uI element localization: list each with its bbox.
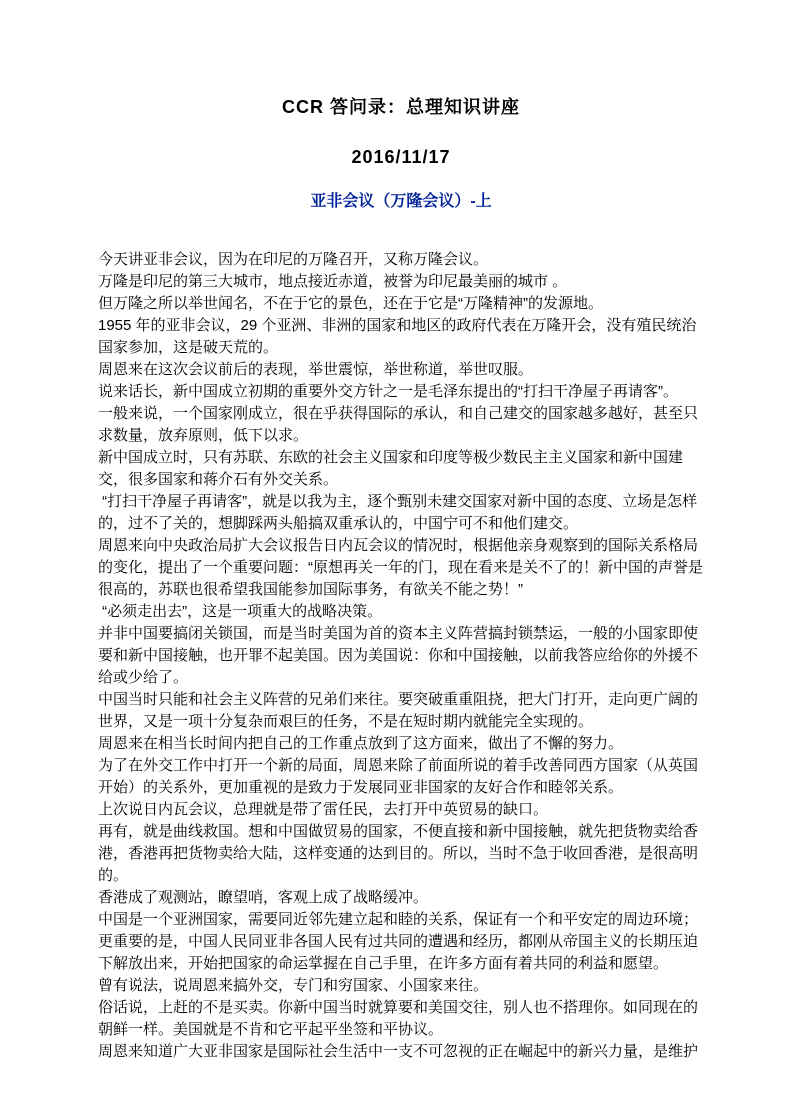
paragraph: 今天讲亚非会议，因为在印尼的万隆召开，又称万隆会议。 [98, 249, 704, 271]
paragraph: 上次说日内瓦会议，总理就是带了雷任民，去打开中英贸易的缺口。 [98, 799, 704, 821]
paragraph: 再有，就是曲线救国。想和中国做贸易的国家，不便直接和新中国接触，就先把货物卖给香… [98, 821, 704, 887]
paragraph: “必须走出去”，这是一项重大的战略决策。 [98, 601, 704, 623]
paragraph: 周恩来向中央政治局扩大会议报告日内瓦会议的情况时，根据他亲身观察到的国际关系格局… [98, 535, 704, 601]
paragraph: 一般来说，一个国家刚成立，很在乎获得国际的承认，和自己建交的国家越多越好，甚至只… [98, 403, 704, 447]
paragraph: 中国是一个亚洲国家，需要同近邻先建立起和睦的关系，保证有一个和平安定的周边环境；… [98, 909, 704, 975]
paragraph: 曾有说法，说周恩来搞外交，专门和穷国家、小国家来往。 [98, 975, 704, 997]
paragraph: 新中国成立时，只有苏联、东欧的社会主义国家和印度等极少数民主主义国家和新中国建交… [98, 447, 704, 491]
paragraph: 万隆是印尼的第三大城市，地点接近赤道，被誉为印尼最美丽的城市 。 [98, 271, 704, 293]
section-heading: 亚非会议（万隆会议）-上 [98, 193, 704, 211]
paragraph: 但万隆之所以举世闻名，不在于它的景色，还在于它是“万隆精神”的发源地。 [98, 293, 704, 315]
paragraph: 周恩来知道广大亚非国家是国际社会生活中一支不可忽视的正在崛起中的新兴力量，是维护 [98, 1041, 704, 1063]
paragraph: 香港成了观测站，瞭望哨，客观上成了战略缓冲。 [98, 887, 704, 909]
paragraph: 周恩来在这次会议前后的表现，举世震惊，举世称道，举世叹服。 [98, 359, 704, 381]
paragraph: 说来话长，新中国成立初期的重要外交方针之一是毛泽东提出的“打扫干净屋子再请客”。 [98, 381, 704, 403]
paragraph: “打扫干净屋子再请客”，就是以我为主，逐个甄别未建交国家对新中国的态度、立场是怎… [98, 491, 704, 535]
doc-date: 2016/11/17 [98, 147, 704, 167]
paragraph: 俗话说，上赶的不是买卖。你新中国当时就算要和美国交往，别人也不搭理你。如同现在的… [98, 997, 704, 1041]
document-body: 今天讲亚非会议，因为在印尼的万隆召开，又称万隆会议。万隆是印尼的第三大城市，地点… [98, 249, 704, 1063]
page-title: CCR 答问录：总理知识讲座 [98, 97, 704, 117]
paragraph: 周恩来在相当长时间内把自己的工作重点放到了这方面来，做出了不懈的努力。 [98, 733, 704, 755]
paragraph: 1955 年的亚非会议，29 个亚洲、非洲的国家和地区的政府代表在万隆开会，没有… [98, 315, 704, 359]
paragraph: 中国当时只能和社会主义阵营的兄弟们来往。要突破重重阻挠，把大门打开，走向更广阔的… [98, 689, 704, 733]
paragraph: 并非中国要搞闭关锁国，而是当时美国为首的资本主义阵营搞封锁禁运，一般的小国家即使… [98, 623, 704, 689]
document-page: CCR 答问录：总理知识讲座 2016/11/17 亚非会议（万隆会议）-上 今… [0, 0, 800, 1100]
paragraph: 为了在外交工作中打开一个新的局面，周恩来除了前面所说的着手改善同西方国家（从英国… [98, 755, 704, 799]
